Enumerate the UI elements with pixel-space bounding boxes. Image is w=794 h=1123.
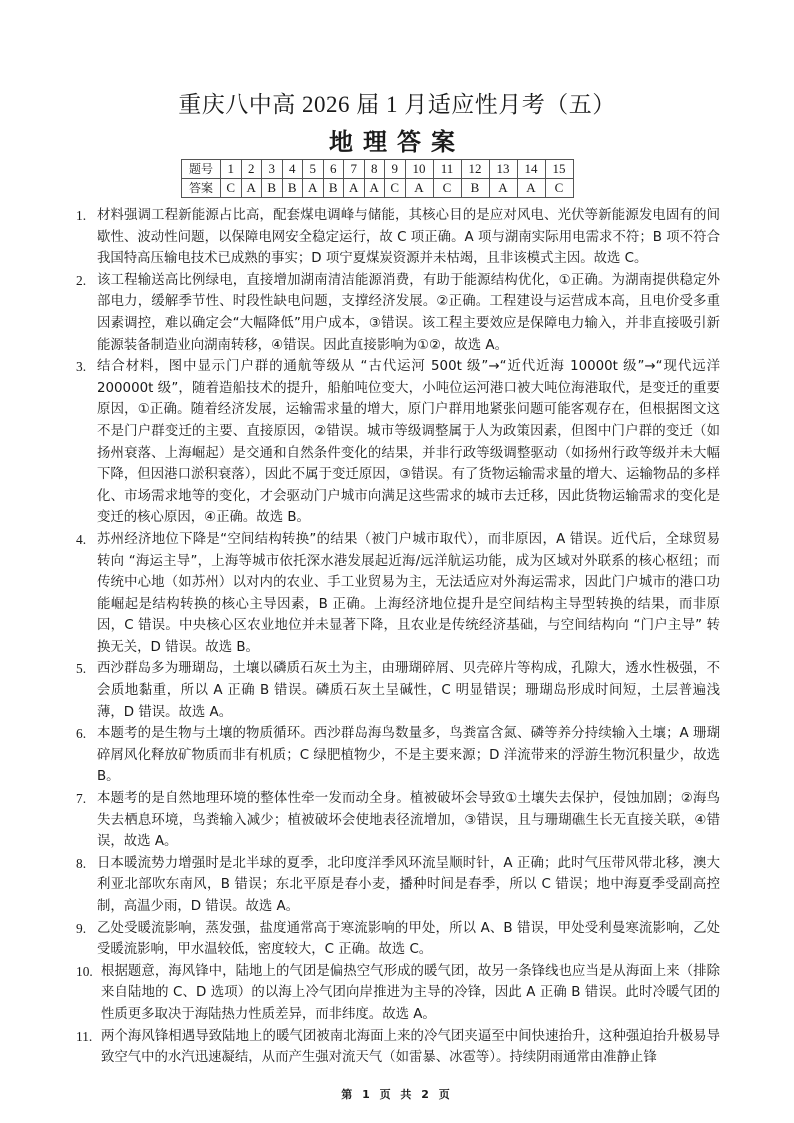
explanation-item: 2. 该工程输送高比例绿电，直接增加湖南清洁能源消费，有助于能源结构优化，①正确… bbox=[76, 270, 720, 356]
explanation-item: 8. 日本暖流势力增强时是北半球的夏季，北印度洋季风环流呈顺时针，A 正确；此时… bbox=[76, 853, 720, 918]
question-number: 5 bbox=[303, 160, 324, 179]
explanation-item: 11. 两个海风锋相遇导致陆地上的暖气团被南北海面上来的冷气团夹逼至中间快速抬升… bbox=[76, 1026, 720, 1069]
item-number: 8. bbox=[76, 853, 97, 918]
item-text: 该工程输送高比例绿电，直接增加湖南清洁能源消费，有助于能源结构优化，①正确。为湖… bbox=[97, 270, 720, 356]
answer-table-answer-row: 答案 C A B B A B A A C A C B A A C bbox=[182, 179, 574, 198]
document-subtitle: 地理答案 bbox=[0, 122, 794, 157]
question-number: 2 bbox=[241, 160, 262, 179]
question-number: 6 bbox=[323, 160, 344, 179]
answer-cell: A bbox=[303, 179, 324, 198]
explanation-item: 5. 西沙群岛多为珊瑚岛，土壤以磷质石灰土为主，由珊瑚碎屑、贝壳碎片等构成，孔隙… bbox=[76, 658, 720, 723]
answer-cell: B bbox=[282, 179, 303, 198]
question-number: 15 bbox=[545, 160, 573, 179]
explanation-item: 4. 苏州经济地位下降是“空间结构转换”的结果（被门户城市取代），而非原因，A … bbox=[76, 529, 720, 659]
answer-cell: A bbox=[241, 179, 262, 198]
item-number: 9. bbox=[76, 918, 97, 961]
question-number: 1 bbox=[221, 160, 242, 179]
item-number: 1. bbox=[76, 205, 97, 270]
item-number: 10. bbox=[76, 961, 101, 1026]
item-number: 5. bbox=[76, 658, 97, 723]
answer-cell: A bbox=[364, 179, 385, 198]
answer-cell: C bbox=[221, 179, 242, 198]
answer-table: 题号 1 2 3 4 5 6 7 8 9 10 11 12 13 14 15 答… bbox=[181, 159, 574, 198]
explanation-item: 6. 本题考的是生物与土壤的物质循环。西沙群岛海鸟数量多，鸟粪富含氮、磷等养分持… bbox=[76, 723, 720, 788]
item-text: 结合材料，图中显示门户群的通航等级从 “古代运河 500t 级”→“近代近海 1… bbox=[97, 356, 720, 529]
row-label: 答案 bbox=[182, 179, 221, 198]
question-number: 7 bbox=[344, 160, 365, 179]
answer-cell: C bbox=[385, 179, 406, 198]
answer-table-number-row: 题号 1 2 3 4 5 6 7 8 9 10 11 12 13 14 15 bbox=[182, 160, 574, 179]
explanation-item: 10. 根据题意，海风锋中，陆地上的气团是偏热空气形成的暖气团，故另一条锋线也应… bbox=[76, 961, 720, 1026]
question-number: 11 bbox=[433, 160, 461, 179]
question-number: 4 bbox=[282, 160, 303, 179]
item-text: 本题考的是生物与土壤的物质循环。西沙群岛海鸟数量多，鸟粪富含氮、磷等养分持续输入… bbox=[97, 723, 720, 788]
item-text: 本题考的是自然地理环境的整体性牵一发而动全身。植被破坏会导致①土壤失去保护，侵蚀… bbox=[97, 788, 720, 853]
explanation-item: 7. 本题考的是自然地理环境的整体性牵一发而动全身。植被破坏会导致①土壤失去保护… bbox=[76, 788, 720, 853]
item-text: 两个海风锋相遇导致陆地上的暖气团被南北海面上来的冷气团夹逼至中间快速抬升，这种强… bbox=[101, 1026, 720, 1069]
question-number: 3 bbox=[262, 160, 283, 179]
item-number: 4. bbox=[76, 529, 97, 659]
explanation-item: 1. 材料强调工程新能源占比高，配套煤电调峰与储能，其核心目的是应对风电、光伏等… bbox=[76, 205, 720, 270]
explanation-item: 9. 乙处受暖流影响，蒸发强，盐度通常高于寒流影响的甲处，所以 A、B 错误，甲… bbox=[76, 918, 720, 961]
question-number: 12 bbox=[461, 160, 489, 179]
item-number: 11. bbox=[76, 1026, 101, 1069]
item-text: 日本暖流势力增强时是北半球的夏季，北印度洋季风环流呈顺时针，A 正确；此时气压带… bbox=[97, 853, 720, 918]
row-label: 题号 bbox=[182, 160, 221, 179]
item-text: 材料强调工程新能源占比高，配套煤电调峰与储能，其核心目的是应对风电、光伏等新能源… bbox=[97, 205, 720, 270]
answer-cell: C bbox=[545, 179, 573, 198]
item-text: 乙处受暖流影响，蒸发强，盐度通常高于寒流影响的甲处，所以 A、B 错误，甲处受利… bbox=[97, 918, 720, 961]
answer-cell: A bbox=[405, 179, 433, 198]
answer-explanations: 1. 材料强调工程新能源占比高，配套煤电调峰与储能，其核心目的是应对风电、光伏等… bbox=[76, 205, 720, 1069]
item-number: 2. bbox=[76, 270, 97, 356]
item-text: 根据题意，海风锋中，陆地上的气团是偏热空气形成的暖气团，故另一条锋线也应当是从海… bbox=[101, 961, 720, 1026]
item-text: 西沙群岛多为珊瑚岛，土壤以磷质石灰土为主，由珊瑚碎屑、贝壳碎片等构成，孔隙大，透… bbox=[97, 658, 720, 723]
question-number: 8 bbox=[364, 160, 385, 179]
answer-cell: A bbox=[344, 179, 365, 198]
answer-cell: B bbox=[323, 179, 344, 198]
document-title: 重庆八中高 2026 届 1 月适应性月考（五） bbox=[0, 86, 794, 119]
answer-cell: B bbox=[262, 179, 283, 198]
explanation-item: 3. 结合材料，图中显示门户群的通航等级从 “古代运河 500t 级”→“近代近… bbox=[76, 356, 720, 529]
question-number: 13 bbox=[489, 160, 517, 179]
answer-cell: C bbox=[433, 179, 461, 198]
question-number: 9 bbox=[385, 160, 406, 179]
answer-cell: B bbox=[461, 179, 489, 198]
item-text: 苏州经济地位下降是“空间结构转换”的结果（被门户城市取代），而非原因，A 错误。… bbox=[97, 529, 720, 659]
item-number: 7. bbox=[76, 788, 97, 853]
answer-cell: A bbox=[489, 179, 517, 198]
item-number: 3. bbox=[76, 356, 97, 529]
item-number: 6. bbox=[76, 723, 97, 788]
answer-cell: A bbox=[517, 179, 545, 198]
page-footer: 第 1 页 共 2 页 bbox=[0, 1086, 794, 1102]
question-number: 10 bbox=[405, 160, 433, 179]
question-number: 14 bbox=[517, 160, 545, 179]
